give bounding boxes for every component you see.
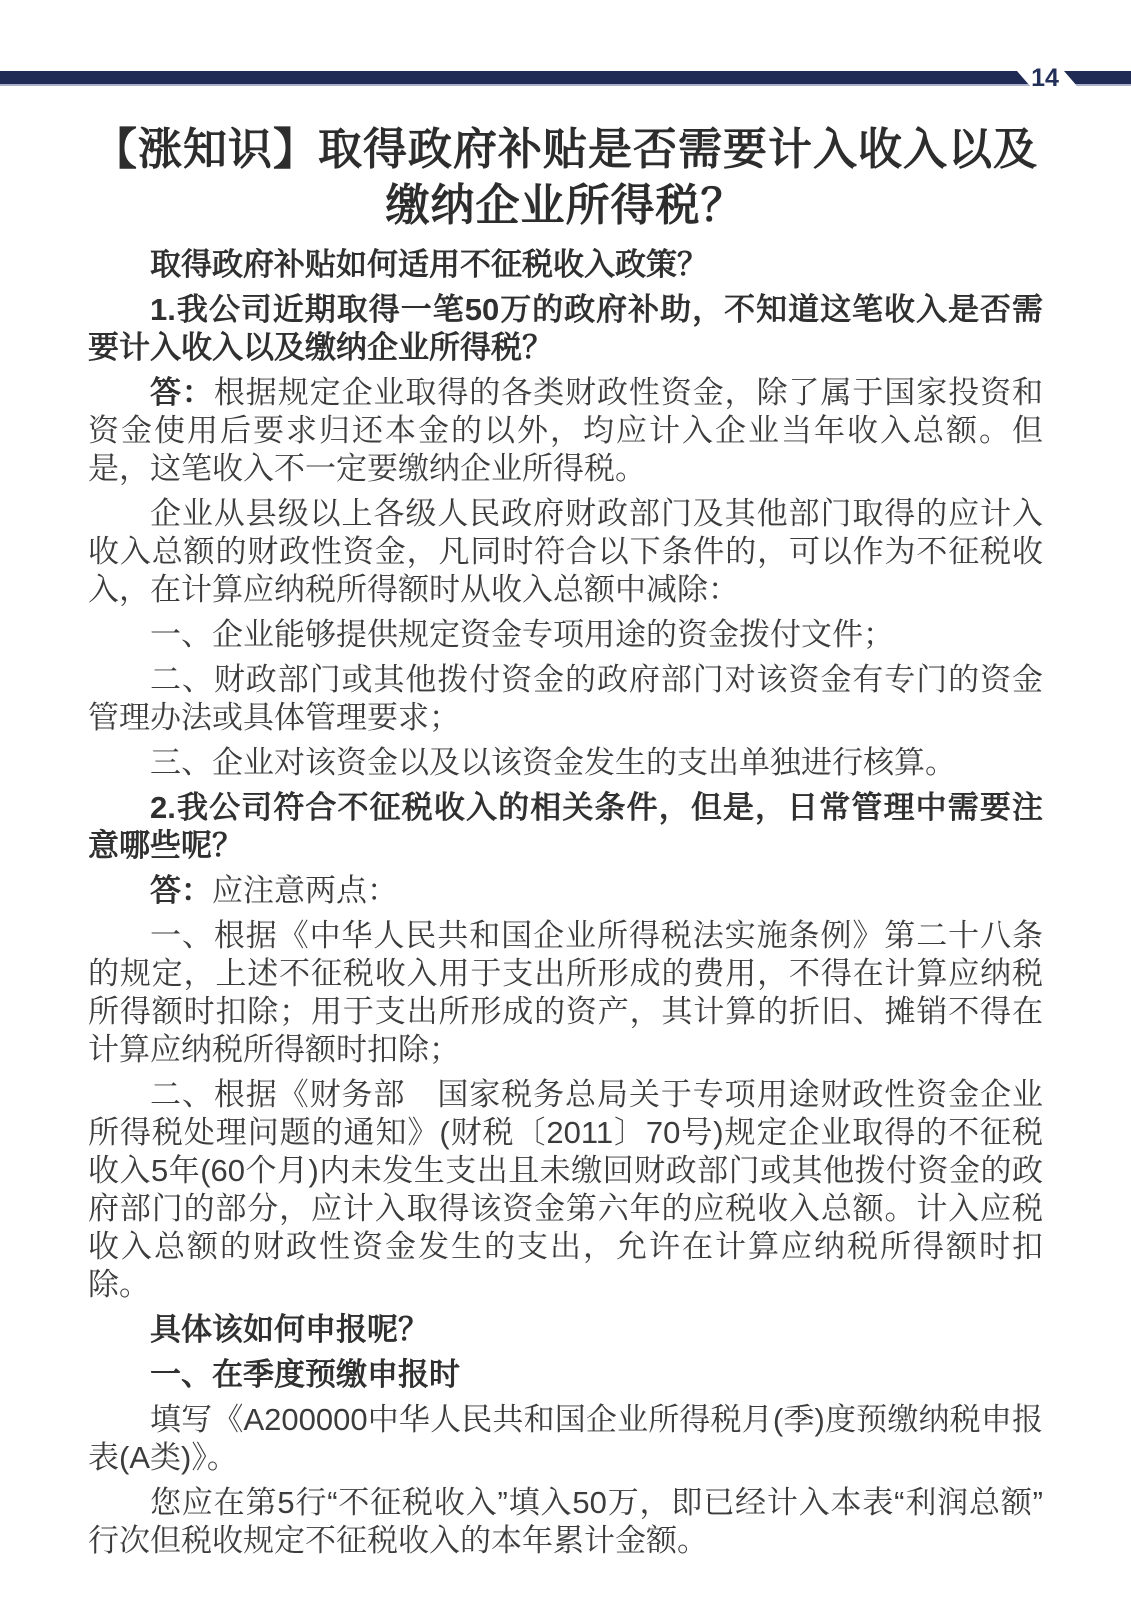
paragraph-text: 1.我公司近期取得一笔50万的政府补助，不知道这笔收入是否需要计入收入以及缴纳企… bbox=[88, 292, 1043, 365]
question-2: 2.我公司符合不征税收入的相关条件，但是，日常管理中需要注意哪些呢？ bbox=[88, 789, 1043, 865]
paragraph-text: 一、根据《中华人民共和国企业所得税法实施条例》第二十八条的规定，上述不征税收入用… bbox=[88, 918, 1043, 1067]
paragraph-text: 2.我公司符合不征税收入的相关条件，但是，日常管理中需要注意哪些呢？ bbox=[88, 790, 1043, 863]
paragraph-text: 根据规定企业取得的各类财政性资金，除了属于国家投资和资金使用后要求归还本金的以外… bbox=[88, 375, 1043, 486]
condition-2: 二、财政部门或其他拨付资金的政府部门对该资金有专门的资金管理办法或具体管理要求； bbox=[88, 661, 1043, 737]
article-body: 取得政府补贴如何适用不征税收入政策？ 1.我公司近期取得一笔50万的政府补助，不… bbox=[88, 246, 1043, 1560]
paragraph-text: 您应在第5行“不征税收入”填入50万，即已经计入本表“利润总额”行次但税收规定不… bbox=[88, 1485, 1043, 1558]
answer-lead: 答： bbox=[150, 873, 212, 908]
paragraph-text: 二、根据《财务部 国家税务总局关于专项用途财政性资金企业所得税处理问题的通知》(… bbox=[88, 1077, 1043, 1302]
page-header: 14 bbox=[0, 71, 1131, 86]
paragraph-text: 取得政府补贴如何适用不征税收入政策？ bbox=[150, 247, 708, 282]
paragraph-text: 三、企业对该资金以及以该资金发生的支出单独进行核算。 bbox=[150, 745, 956, 780]
answer-2: 答：应注意两点： bbox=[88, 872, 1043, 910]
note-1: 一、根据《中华人民共和国企业所得税法实施条例》第二十八条的规定，上述不征税收入用… bbox=[88, 917, 1043, 1069]
answer-lead: 答： bbox=[150, 375, 214, 410]
header-bar-right bbox=[1064, 71, 1131, 86]
header-bar-left bbox=[0, 71, 1030, 86]
paragraph-text: 一、在季度预缴申报时 bbox=[150, 1357, 460, 1392]
page-title-line-2: 缴纳企业所得税？ bbox=[40, 178, 1091, 234]
condition-1: 一、企业能够提供规定资金专项用途的资金拨付文件； bbox=[88, 616, 1043, 654]
answer-1: 答：根据规定企业取得的各类财政性资金，除了属于国家投资和资金使用后要求归还本金的… bbox=[88, 374, 1043, 488]
para-fill-form: 填写《A200000中华人民共和国企业所得税月(季)度预缴纳税申报表(A类)》。 bbox=[88, 1401, 1043, 1477]
paragraph-text: 一、企业能够提供规定资金专项用途的资金拨付文件； bbox=[150, 617, 894, 652]
condition-3: 三、企业对该资金以及以该资金发生的支出单独进行核算。 bbox=[88, 744, 1043, 782]
paragraph-text: 应注意两点： bbox=[212, 873, 398, 908]
section-q-policy-heading: 取得政府补贴如何适用不征税收入政策？ bbox=[88, 246, 1043, 284]
heading-quarterly-prepay: 一、在季度预缴申报时 bbox=[88, 1356, 1043, 1394]
page-title: 【涨知识】取得政府补贴是否需要计入收入以及 缴纳企业所得税？ bbox=[40, 122, 1091, 234]
paragraph-text: 具体该如何申报呢？ bbox=[150, 1312, 429, 1347]
paragraph-text: 二、财政部门或其他拨付资金的政府部门对该资金有专门的资金管理办法或具体管理要求； bbox=[88, 662, 1043, 735]
note-2: 二、根据《财务部 国家税务总局关于专项用途财政性资金企业所得税处理问题的通知》(… bbox=[88, 1076, 1043, 1304]
question-1: 1.我公司近期取得一笔50万的政府补助，不知道这笔收入是否需要计入收入以及缴纳企… bbox=[88, 291, 1043, 367]
page-number: 14 bbox=[1026, 64, 1064, 92]
conditions-intro: 企业从县级以上各级人民政府财政部门及其他部门取得的应计入收入总额的财政性资金，凡… bbox=[88, 495, 1043, 609]
paragraph-text: 填写《A200000中华人民共和国企业所得税月(季)度预缴纳税申报表(A类)》。 bbox=[88, 1402, 1043, 1475]
para-line5-instruction: 您应在第5行“不征税收入”填入50万，即已经计入本表“利润总额”行次但税收规定不… bbox=[88, 1484, 1043, 1560]
page-title-line-1: 【涨知识】取得政府补贴是否需要计入收入以及 bbox=[40, 122, 1091, 178]
paragraph-text: 企业从县级以上各级人民政府财政部门及其他部门取得的应计入收入总额的财政性资金，凡… bbox=[88, 496, 1043, 607]
heading-how-to-declare: 具体该如何申报呢？ bbox=[88, 1311, 1043, 1349]
